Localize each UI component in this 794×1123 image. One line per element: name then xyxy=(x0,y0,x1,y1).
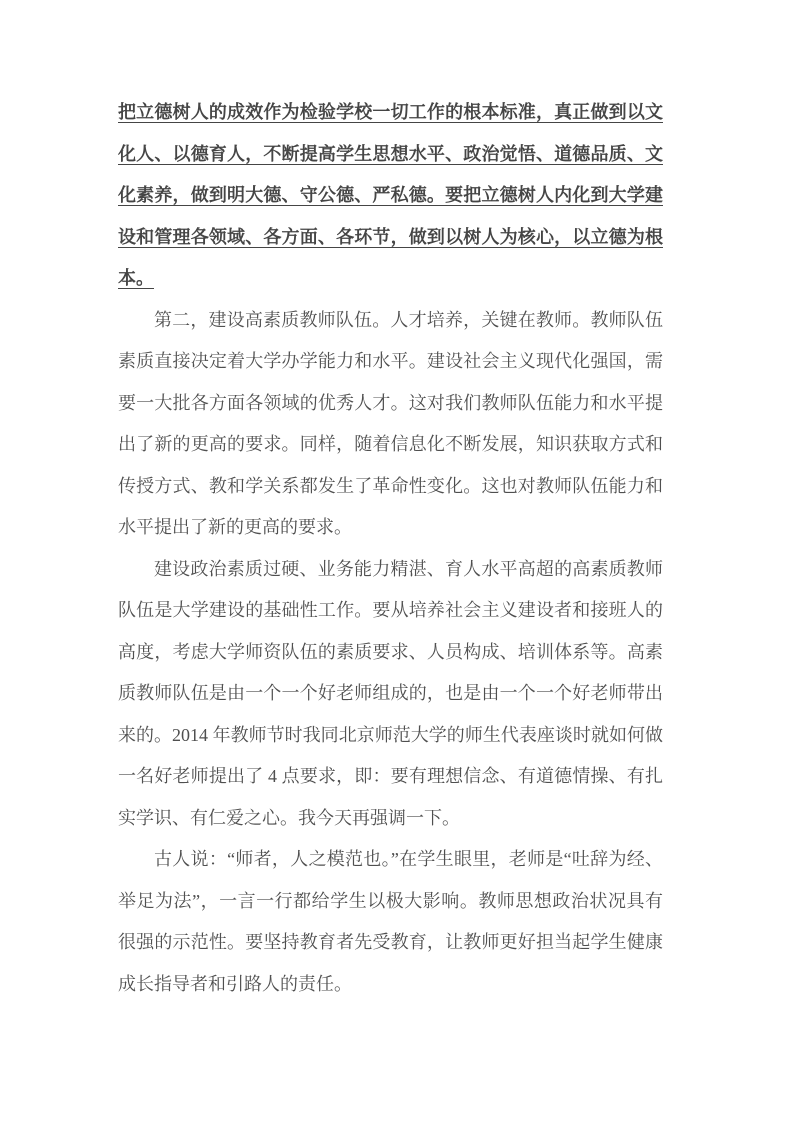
paragraph-high-quality-teachers: 建设政治素质过硬、业务能力精湛、育人水平高超的高素质教师队伍是大学建设的基础性工… xyxy=(118,549,663,840)
paragraph-teacher-role-model: 古人说：“师者，人之模范也。”在学生眼里，老师是“吐辞为经、举足为法”，一言一行… xyxy=(118,839,663,1005)
text-block: 把立德树人的成效作为检验学校一切工作的根本标准，真正做到以文化人、以德育人，不断… xyxy=(118,92,663,1005)
paragraph-teacher-team: 第二，建设高素质教师队伍。人才培养，关键在教师。教师队伍素质直接决定着大学办学能… xyxy=(118,300,663,549)
paragraph-emphasis-lide-shuren: 把立德树人的成效作为检验学校一切工作的根本标准，真正做到以文化人、以德育人，不断… xyxy=(118,92,663,300)
document-page: 把立德树人的成效作为检验学校一切工作的根本标准，真正做到以文化人、以德育人，不断… xyxy=(0,0,794,1123)
